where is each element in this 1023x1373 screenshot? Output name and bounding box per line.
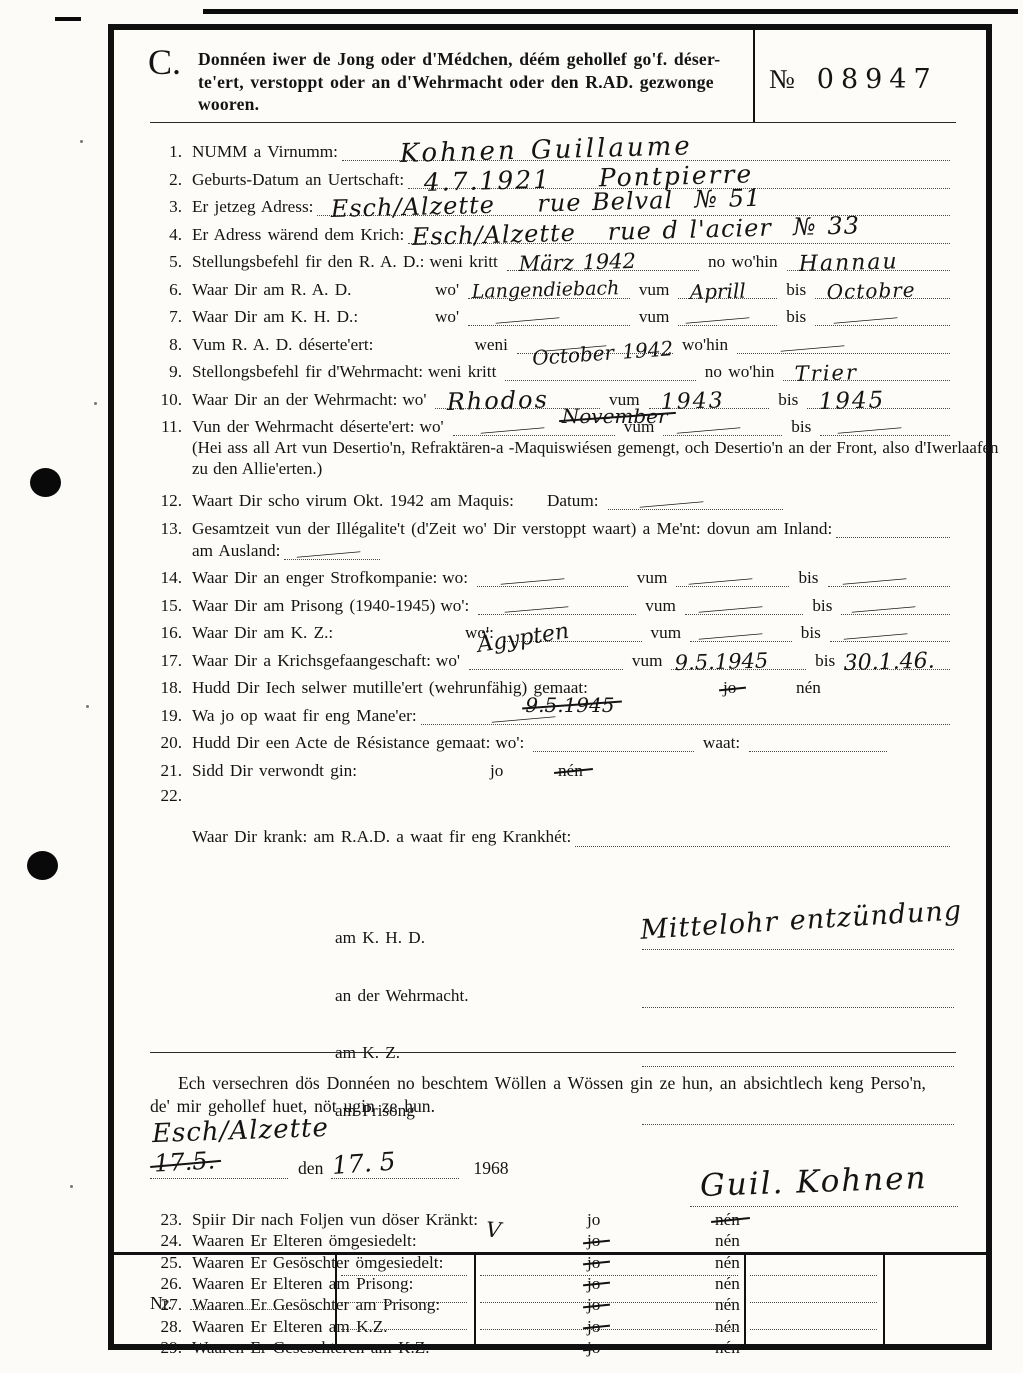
row-label: Sidd Dir verwondt gin: <box>192 761 357 780</box>
field-label: no wo'hin <box>700 362 780 381</box>
nen-option: nén <box>715 1231 740 1250</box>
sub-label: am K. H. D. <box>335 929 642 947</box>
row-label: Waar Dir krank: am R.A.D. a waat fir eng… <box>192 827 571 847</box>
nr-label: Nr. <box>150 1293 172 1314</box>
row-label: Er jetzeg Adress: <box>192 197 313 216</box>
form-row-18: 18. Hudd Dir Iech selwer mutille'ert (we… <box>150 676 954 697</box>
handwritten-value: 1945 <box>819 391 886 412</box>
table-divider <box>883 1255 885 1344</box>
table-divider <box>474 1255 476 1344</box>
none-stroke: — <box>842 573 906 588</box>
row-number: 7. <box>150 307 192 326</box>
dotted-field: — <box>676 571 789 587</box>
row-label: Vum R. A. D. déserte'ert: <box>192 335 373 354</box>
table-dotted-line <box>480 1329 738 1330</box>
none-stroke: — <box>677 422 741 437</box>
row-number: 10. <box>150 390 192 409</box>
row-number: 9. <box>150 362 192 381</box>
dotted-field: Kohnen Guillaume <box>342 145 950 161</box>
row-label: Wa jo op waat fir eng Mane'er: <box>192 706 417 725</box>
row-number: 16. <box>150 623 192 642</box>
dotted-field: — <box>284 544 380 560</box>
field-label: weni kritt <box>423 362 501 381</box>
table-dotted-line <box>750 1329 877 1330</box>
form-title: Donnéen iwer de Jong oder d'Médchen, déé… <box>198 48 746 116</box>
row-number: 14. <box>150 568 192 587</box>
form-title-line: wooren. <box>198 93 746 116</box>
table-dotted-line <box>190 1309 332 1310</box>
dotted-field: — <box>453 420 615 436</box>
field-label: bis <box>793 568 823 587</box>
form-row-24: 24. Waaren Er Elteren ömgesiedelt: jo né… <box>150 1232 954 1250</box>
handwritten-value: 9.5.1945 <box>675 651 769 672</box>
date-dotted-line: 17. 5 <box>331 1164 459 1179</box>
form-row-13: 13. Gesamtzeit vun der Illégalite't (d'Z… <box>150 517 954 538</box>
nen-option: nén <box>715 1210 740 1229</box>
table-dotted-line <box>750 1275 877 1276</box>
none-stroke: — <box>837 422 901 437</box>
row-number: 3. <box>150 197 192 216</box>
row-number: 18. <box>150 678 192 697</box>
dotted-field: Rhodos <box>435 393 600 409</box>
dotted-field <box>575 831 950 847</box>
form-row-14: 14. Waar Dir an enger Strofkompanie: wo:… <box>150 566 954 587</box>
none-stroke: — <box>698 628 762 643</box>
row-number: 2. <box>150 170 192 189</box>
field-label: waat: <box>698 733 745 752</box>
field-label: vum <box>627 651 668 670</box>
row-number: 17. <box>150 651 192 670</box>
none-stroke: — <box>480 422 544 437</box>
none-stroke: — <box>496 312 560 327</box>
dotted-field: — <box>690 626 792 642</box>
row-label: Er Adress wärend dem Krich: <box>192 225 404 244</box>
field-label: vum <box>640 596 681 615</box>
year-label: 1968 <box>459 1158 508 1179</box>
punch-hole <box>30 468 61 497</box>
declaration-text: Ech versechren dös Donnéen no beschtem W… <box>150 1072 952 1117</box>
dotted-field: — <box>685 599 804 615</box>
row-label: Waar Dir am Prisong (1940-1945) <box>192 596 435 615</box>
field-label: wo' <box>397 390 431 409</box>
scan-speck <box>80 140 83 143</box>
row-label: Stellungsbefehl fir den R. A. D.: <box>192 252 424 271</box>
dotted-field: — <box>828 571 951 587</box>
dotted-field: — <box>815 310 950 326</box>
signature-dotted-line <box>690 1206 958 1207</box>
row-number: 1. <box>150 142 192 161</box>
row-number: 8. <box>150 335 192 354</box>
handwritten-value: Octobre <box>827 280 916 301</box>
table-dotted-line <box>341 1302 467 1303</box>
table-dotted-line <box>480 1302 738 1303</box>
dotted-field: Hannau <box>787 255 950 271</box>
none-stroke: — <box>781 340 845 355</box>
none-stroke: — <box>844 628 908 643</box>
jo-option: jo <box>587 1210 600 1229</box>
handwritten-value: März 1942 <box>518 252 636 274</box>
row-label: Stellongsbefehl fir d'Wehrmacht: <box>192 362 423 381</box>
handwritten-name: Kohnen Guillaume <box>399 137 692 164</box>
dotted-field: Aprill <box>678 283 777 299</box>
none-stroke: — <box>834 312 898 327</box>
dotted-field: 1945 <box>807 393 950 409</box>
handwritten-value: 1943 <box>660 391 724 412</box>
row-number: 5. <box>150 252 192 271</box>
row-number: 4. <box>150 225 192 244</box>
form-frame: C. Donnéen iwer de Jong oder d'Médchen, … <box>108 24 992 1350</box>
row-number: 12. <box>150 491 192 510</box>
dotted-field: — <box>820 420 950 436</box>
dotted-field: Octobre <box>815 283 950 299</box>
checkmark: V <box>485 1218 502 1243</box>
dotted-field <box>749 736 887 752</box>
scan-speck <box>94 402 97 405</box>
section-letter: C. <box>148 44 181 80</box>
jo-option: jo <box>587 1231 600 1250</box>
form-title-line: Donnéen iwer de Jong oder d'Médchen, déé… <box>198 48 746 71</box>
none-stroke: — <box>297 546 361 561</box>
dotted-field: — <box>841 599 950 615</box>
row-label: Waar Dir a Krichsgefaangeschaft: <box>192 651 431 670</box>
none-stroke: — <box>504 601 568 616</box>
field-label: bis <box>796 623 826 642</box>
form-row-17: 17. Waar Dir a Krichsgefaangeschaft: wo'… <box>150 649 954 670</box>
header-rule <box>150 122 956 123</box>
table-dotted-line <box>750 1302 877 1303</box>
dotted-field: — <box>477 571 628 587</box>
handwritten-value: Rhodos <box>447 390 550 412</box>
form-row-2: 2. Geburts-Datum an Uertschaft: 4.7.1921… <box>150 168 954 189</box>
scan-edge-artifact <box>203 9 1018 14</box>
row-label: Vun der Wehrmacht déserte'ert: <box>192 417 415 436</box>
field-label: wo': <box>435 596 474 615</box>
row-label: am Ausland: <box>192 541 280 560</box>
form-row-12: 12. Waart Dir scho virum Okt. 1942 am Ma… <box>150 489 954 510</box>
row-11-note: (Hei ass all Art vun Desertio'n, Refrakt… <box>192 438 1004 479</box>
scan-speck <box>70 1185 73 1188</box>
handwritten-correction: October 1942 <box>532 339 674 368</box>
date-line: den 17. 5 1968 <box>150 1158 509 1179</box>
row-label: Waart Dir scho virum Okt. 1942 am Maquis… <box>192 491 514 510</box>
dotted-field: Esch/Alzette rue d l'acier № 33 <box>408 228 950 244</box>
field-label: no wo'hin <box>703 252 783 271</box>
dotted-field: 9.5.1945 <box>671 654 806 670</box>
dotted-field: — <box>830 626 950 642</box>
row-number: 24. <box>150 1231 192 1250</box>
row-number: 20. <box>150 733 192 752</box>
dotted-field: — <box>478 599 636 615</box>
none-stroke: — <box>639 496 703 511</box>
handwritten-address: Esch/Alzette rue Belval № 51 <box>331 189 762 219</box>
none-stroke: — <box>852 601 916 616</box>
form-row-23: 23. Spiir Dir nach Foljen vun döser Krän… <box>150 1211 954 1229</box>
form-row-13b: am Ausland: — <box>150 539 954 560</box>
dotted-field: Trier <box>783 365 950 381</box>
table-divider <box>744 1255 746 1344</box>
table-dotted-line <box>341 1275 467 1276</box>
none-stroke: — <box>686 312 750 327</box>
row-label: Hudd Dir een Acte de Résistance gemaat: <box>192 733 490 752</box>
row-label: Waar Dir am K. H. D.: <box>192 307 430 326</box>
form-title-line: te'ert, verstoppt oder an d'Wehrmacht od… <box>198 71 746 94</box>
handwritten-value: Trier <box>795 363 859 384</box>
field-label: vum <box>634 307 675 326</box>
row-label: Gesamtzeit vun der Illégalite't (d'Zeit … <box>192 519 832 538</box>
handwritten-war-address: Esch/Alzette rue d l'acier № 33 <box>412 216 861 247</box>
dotted-field <box>836 522 950 538</box>
dotted-field: — <box>421 709 950 725</box>
form-row-6: 6. Waar Dir am R. A. D. wo' Langendiebac… <box>150 278 954 299</box>
row-number: 15. <box>150 596 192 615</box>
form-row-20: 20. Hudd Dir een Acte de Résistance gema… <box>150 731 954 752</box>
row-label: Hudd Dir Iech selwer mutille'ert (wehrun… <box>192 678 588 697</box>
dotted-field: Ägypten 9.5.1945 <box>469 654 623 670</box>
row-label: Waaren Er Elteren ömgesiedelt: <box>192 1231 417 1250</box>
handwritten-date: 17. 5 <box>331 1147 396 1180</box>
dotted-field: März 1942 <box>507 255 699 271</box>
number-value: 08947 <box>817 64 938 95</box>
field-label: Datum: <box>542 491 604 510</box>
form-row-4: 4. Er Adress wärend dem Krich: Esch/Alze… <box>150 223 954 244</box>
row-number: 13. <box>150 519 192 538</box>
none-stroke: — <box>698 601 762 616</box>
scan-edge-artifact <box>55 17 81 21</box>
dotted-field: — <box>737 338 950 354</box>
row-label: Waar Dir an enger Strofkompanie: <box>192 568 437 587</box>
row-number: 11. <box>150 417 192 436</box>
form-row-9: 9. Stellongsbefehl fir d'Wehrmacht: weni… <box>150 360 954 381</box>
handwritten-value: Langendiebach <box>472 279 620 302</box>
header-divider <box>753 30 755 122</box>
dotted-field: 30.1.46. <box>844 654 950 670</box>
dotted-field: Langendiebach <box>468 283 630 299</box>
none-stroke: — <box>492 711 556 726</box>
field-label: bis <box>810 651 840 670</box>
row-number: 21. <box>150 761 192 780</box>
handwritten-value: Hannau <box>798 252 898 274</box>
form-row-1: 1. NUMM a Virnumm: Kohnen Guillaume <box>150 140 954 161</box>
place-dotted-line <box>150 1164 288 1179</box>
nen-option: nén <box>558 761 583 780</box>
row-number: 6. <box>150 280 192 299</box>
row-number: 19. <box>150 706 192 725</box>
handwritten-place: Esch/Alzette <box>152 1113 330 1149</box>
form-row-21: 21. Sidd Dir verwondt gin: jo nén <box>150 759 954 780</box>
table-dotted-line <box>341 1329 467 1330</box>
handwritten-value: 30.1.46. <box>844 651 935 672</box>
none-stroke: — <box>688 573 752 588</box>
form-row-15: 15. Waar Dir am Prisong (1940-1945) wo':… <box>150 594 954 615</box>
field-label: bis <box>807 596 837 615</box>
row-label: Waar Dir an der Wehrmacht: <box>192 390 397 409</box>
bottom-table: Nr. <box>114 1252 986 1344</box>
row-label: Waar Dir am R. A. D. <box>192 280 430 299</box>
dotted-field: — <box>678 310 777 326</box>
dotted-field: 1943 <box>649 393 770 409</box>
nen-option: nén <box>796 678 821 697</box>
scan-speck <box>86 705 89 708</box>
table-dotted-line <box>480 1275 738 1276</box>
row-number: 23. <box>150 1210 192 1229</box>
field-label: wo: <box>437 568 473 587</box>
form-number: №08947 <box>769 64 979 95</box>
section-rule <box>150 1052 956 1053</box>
row-label: Waar Dir am K. Z.: <box>192 623 460 642</box>
number-sign: № <box>769 64 795 94</box>
jo-option: jo <box>490 761 503 780</box>
field-label: wo': <box>490 733 529 752</box>
form-row-5: 5. Stellungsbefehl fir den R. A. D.: wen… <box>150 250 954 271</box>
dotted-field: — <box>468 310 630 326</box>
field-label: wo' <box>430 307 464 326</box>
field-label: vum <box>646 623 687 642</box>
none-stroke: — <box>501 573 565 588</box>
dotted-field <box>642 990 954 1008</box>
den-label: den <box>288 1158 331 1179</box>
sub-label: an der Wehrmacht. <box>335 987 642 1005</box>
field-label: wo' <box>431 651 465 670</box>
row-label: NUMM a Virnumm: <box>192 142 338 161</box>
jo-option: jo <box>723 678 736 697</box>
dotted-field: — <box>608 494 783 510</box>
dotted-field: October 1942 November <box>505 365 695 381</box>
handwritten-value: Aprill <box>690 281 746 301</box>
dotted-field: — <box>663 420 782 436</box>
field-label: vum <box>632 568 673 587</box>
table-divider <box>335 1255 337 1344</box>
dotted-field <box>533 736 694 752</box>
field-label: vum <box>634 280 675 299</box>
punch-hole <box>27 851 58 880</box>
